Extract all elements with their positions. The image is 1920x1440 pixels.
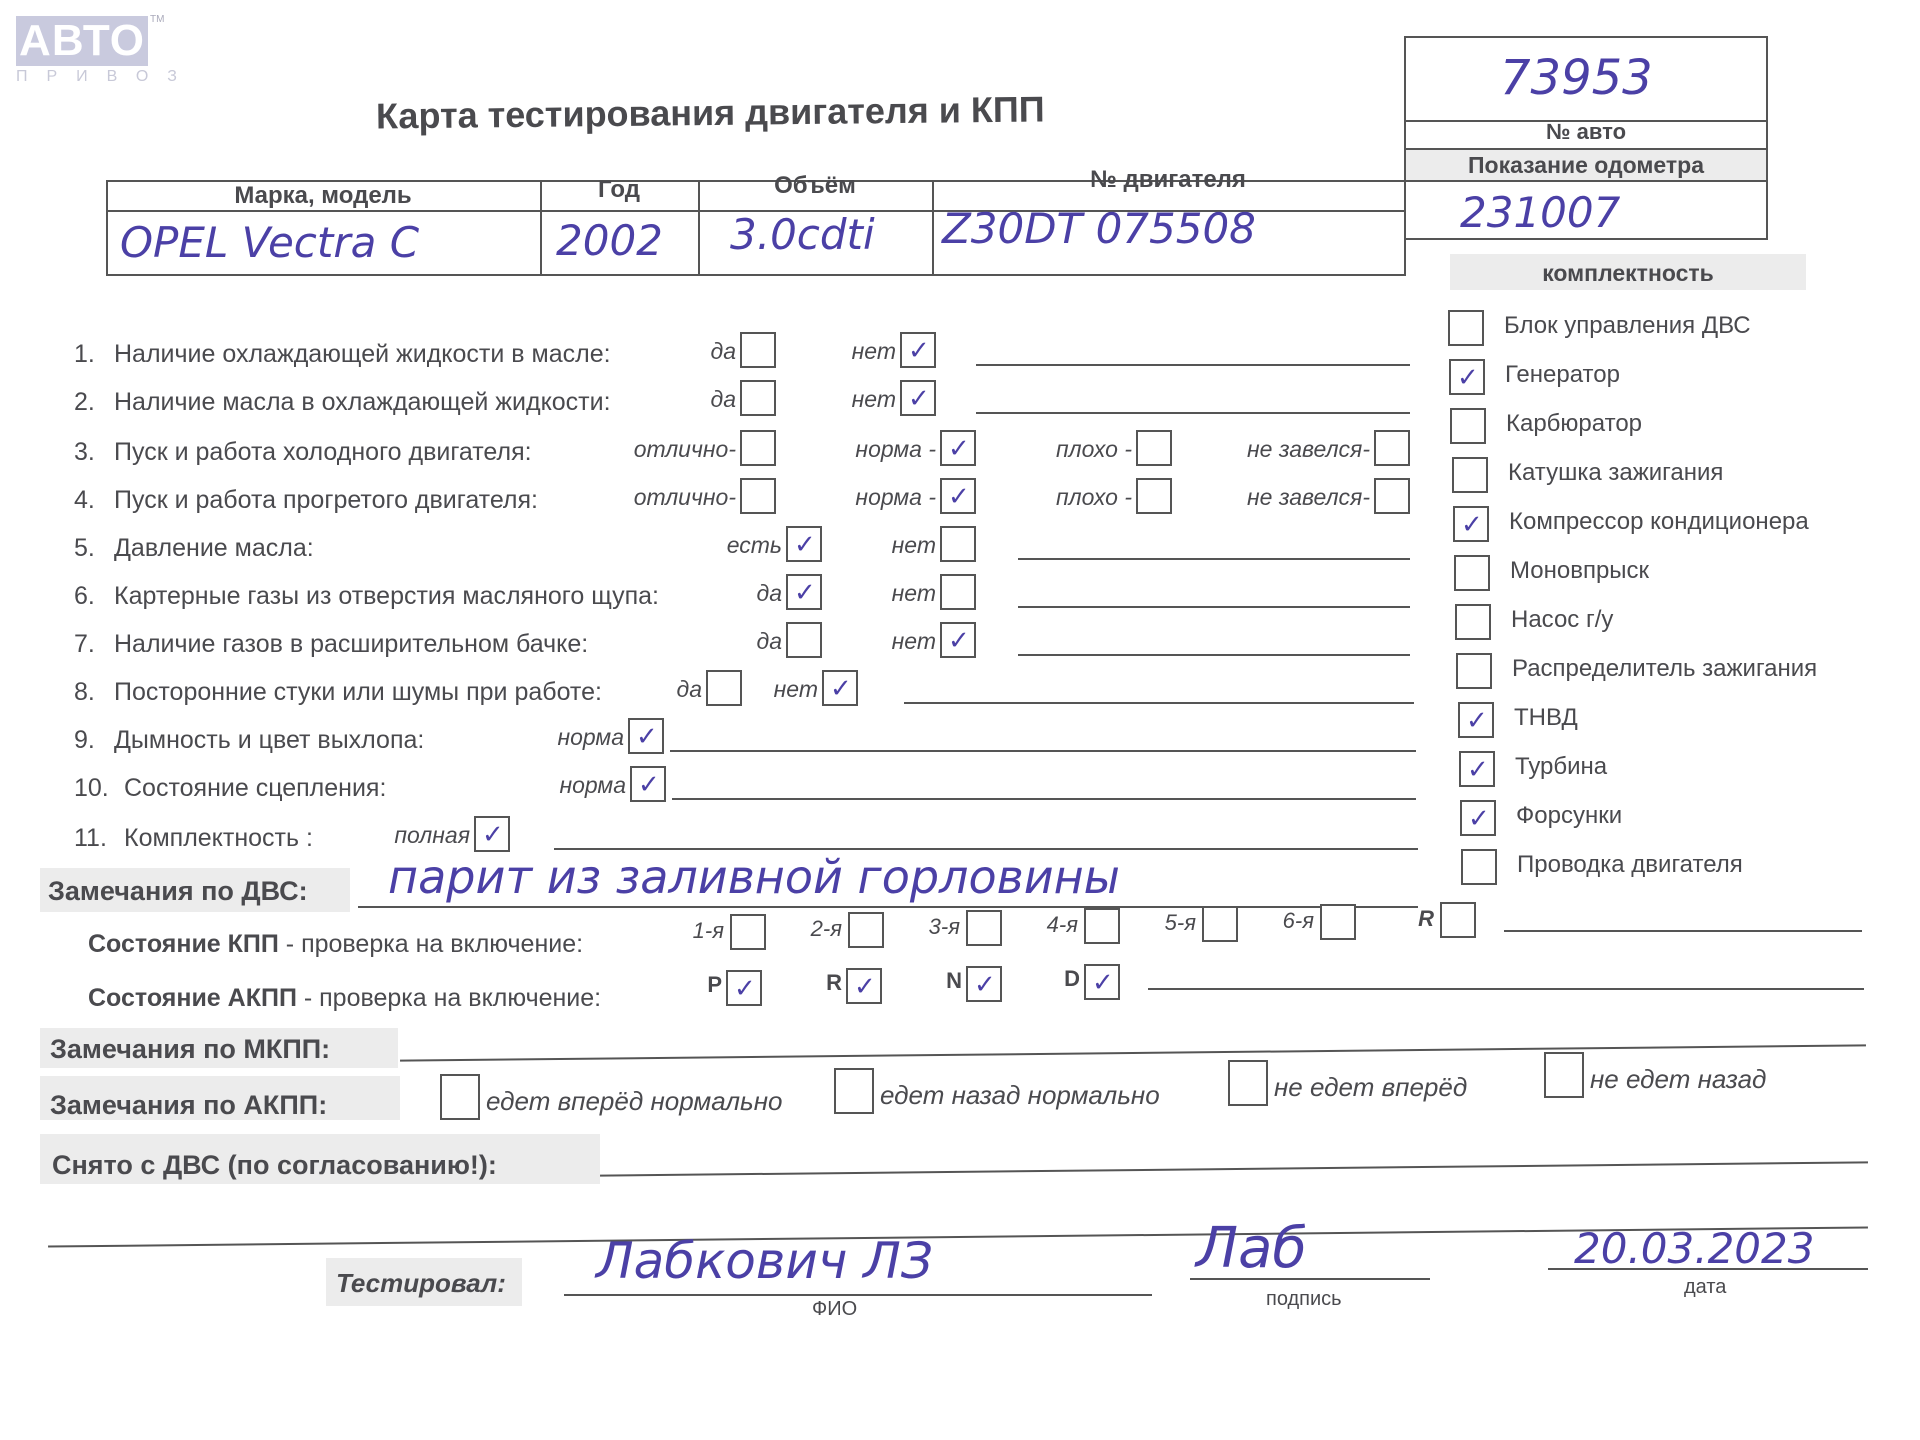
header-engine-number: № двигателя <box>932 166 1404 194</box>
auto-remarks-label: Замечания по АКПП: <box>50 1090 327 1121</box>
completeness-checkbox[interactable] <box>1456 653 1492 689</box>
make-model-value: OPEL Vectra C <box>120 218 419 267</box>
test-date: 20.03.2023 <box>1574 1224 1814 1273</box>
option-label: отлично- <box>634 436 736 463</box>
tester-signature: Лаб <box>1196 1216 1307 1281</box>
completeness-title: комплектность <box>1450 260 1806 287</box>
manual-gearbox-line <box>1504 930 1862 932</box>
check-2-option-1-checkbox[interactable] <box>740 380 776 416</box>
check-7-option-1-checkbox[interactable] <box>786 622 822 658</box>
check-notes-line[interactable] <box>670 750 1416 752</box>
option-label: отлично- <box>634 484 736 511</box>
check-number: 8. <box>74 678 95 707</box>
check-label: Пуск и работа прогретого двигателя: <box>114 486 538 515</box>
check-6-option-2-checkbox[interactable] <box>940 574 976 610</box>
option-label: плохо - <box>1056 436 1132 463</box>
completeness-item-label: Катушка зажигания <box>1508 459 1723 487</box>
check-notes-line[interactable] <box>672 798 1416 800</box>
check-number: 4. <box>74 486 95 515</box>
option-label: да <box>756 580 782 607</box>
gear-label: 4-я <box>1047 912 1078 938</box>
year-value: 2002 <box>556 216 663 265</box>
auto-remark-checkbox[interactable] <box>1228 1060 1268 1106</box>
check-notes-line[interactable] <box>904 702 1414 704</box>
check-6-option-1-checkbox[interactable]: ✓ <box>786 574 822 610</box>
auto-gearbox-label-bold: Состояние АКПП <box>88 984 297 1012</box>
check-mark-icon: ✓ <box>1466 706 1488 736</box>
tester-name-line <box>564 1294 1152 1296</box>
auto-gear-checkbox[interactable]: ✓ <box>846 968 882 1004</box>
check-3-option-1-checkbox[interactable] <box>740 430 776 466</box>
check-4-option-4-checkbox[interactable] <box>1374 478 1410 514</box>
check-number: 9. <box>74 726 95 755</box>
check-mark-icon: ✓ <box>1468 804 1490 834</box>
check-mark-icon: ✓ <box>974 970 996 1000</box>
check-label: Давление масла: <box>114 534 314 563</box>
check-mark-icon: ✓ <box>830 674 852 704</box>
page-title: Карта тестирования двигателя и КПП <box>376 89 1045 138</box>
engine-remarks-value[interactable]: парит из заливной горловины <box>388 850 1120 904</box>
check-1-option-2-checkbox[interactable]: ✓ <box>900 332 936 368</box>
check-label: Состояние сцепления: <box>124 774 386 803</box>
check-mark-icon: ✓ <box>794 578 816 608</box>
option-label: норма <box>557 724 624 751</box>
auto-number-value: 73953 <box>1500 50 1653 106</box>
check-label: Дымность и цвет выхлопа: <box>114 726 424 755</box>
header-year: Год <box>540 176 698 204</box>
completeness-item-label: ТНВД <box>1514 704 1578 732</box>
engine-remarks-line <box>358 906 1418 908</box>
check-5-option-1-checkbox[interactable]: ✓ <box>786 526 822 562</box>
check-5-option-2-checkbox[interactable] <box>940 526 976 562</box>
check-mark-icon: ✓ <box>1457 363 1479 393</box>
check-notes-line[interactable] <box>976 412 1410 414</box>
header-volume: Объём <box>698 172 932 200</box>
completeness-item-label: Проводка двигателя <box>1517 851 1743 879</box>
completeness-item-label: Блок управления ДВС <box>1504 312 1751 340</box>
trademark-mark: TM <box>150 14 164 25</box>
option-label: есть <box>727 532 782 559</box>
gear-label: 1-я <box>693 918 724 944</box>
completeness-item-label: Форсунки <box>1516 802 1622 830</box>
check-mark-icon: ✓ <box>854 972 876 1002</box>
removed-label: Снято с ДВС (по согласованию!): <box>52 1150 497 1181</box>
auto-gear-checkbox[interactable]: ✓ <box>1084 964 1120 1000</box>
completeness-item-label: Насос г/у <box>1511 606 1613 634</box>
completeness-checkbox[interactable]: ✓ <box>1460 800 1496 836</box>
option-label: нет <box>852 338 896 365</box>
completeness-checkbox[interactable]: ✓ <box>1459 751 1495 787</box>
option-label: норма - <box>855 436 936 463</box>
manual-gear-checkbox[interactable] <box>1202 906 1238 942</box>
check-number: 7. <box>74 630 95 659</box>
auto-remark-label: не едет назад <box>1590 1064 1766 1095</box>
manual-gear-checkbox[interactable] <box>1440 902 1476 938</box>
check-notes-line[interactable] <box>976 364 1410 366</box>
gear-label: R <box>1418 906 1434 932</box>
check-mark-icon: ✓ <box>638 770 660 800</box>
gear-label: P <box>707 972 722 998</box>
completeness-item-label: Компрессор кондиционера <box>1509 508 1809 536</box>
completeness-item-label: Турбина <box>1515 753 1607 781</box>
check-11-option-1-checkbox[interactable]: ✓ <box>474 816 510 852</box>
check-4-option-2-checkbox[interactable]: ✓ <box>940 478 976 514</box>
option-label: нет <box>852 386 896 413</box>
check-number: 11. <box>74 824 107 853</box>
option-label: да <box>710 338 736 365</box>
check-number: 6. <box>74 582 95 611</box>
brand-logo: АВТО <box>16 16 148 66</box>
gear-label: 2-я <box>811 916 842 942</box>
gear-label: D <box>1064 966 1080 992</box>
check-3-option-3-checkbox[interactable] <box>1136 430 1172 466</box>
check-2-option-2-checkbox[interactable]: ✓ <box>900 380 936 416</box>
check-mark-icon: ✓ <box>948 482 970 512</box>
manual-remarks-line[interactable] <box>400 1044 1866 1061</box>
auto-remark-label: едет вперёд нормально <box>486 1086 782 1117</box>
check-mark-icon: ✓ <box>908 336 930 366</box>
check-mark-icon: ✓ <box>734 974 756 1004</box>
check-label: Комплектность : <box>124 824 313 853</box>
option-label: полная <box>394 822 470 849</box>
manual-gearbox-label-rest: - проверка на включение: <box>279 930 583 958</box>
removed-line[interactable] <box>600 1161 1868 1176</box>
option-label: да <box>710 386 736 413</box>
manual-gearbox-label: Состояние КПП - проверка на включение: <box>88 930 583 959</box>
check-10-option-1-checkbox[interactable]: ✓ <box>630 766 666 802</box>
manual-gear-checkbox[interactable] <box>1084 908 1120 944</box>
check-8-option-2-checkbox[interactable]: ✓ <box>822 670 858 706</box>
check-number: 1. <box>74 340 95 369</box>
tester-name-caption: ФИО <box>812 1298 857 1321</box>
tester-name: Лабкович ЛЗ <box>596 1232 933 1290</box>
check-label: Посторонние стуки или шумы при работе: <box>114 678 602 707</box>
check-mark-icon: ✓ <box>948 434 970 464</box>
auto-remark-checkbox[interactable] <box>1544 1052 1584 1098</box>
col-divider <box>932 180 934 276</box>
tester-label: Тестировал: <box>336 1268 506 1299</box>
option-label: нет <box>892 532 936 559</box>
completeness-item-label: Карбюратор <box>1506 410 1642 438</box>
completeness-item-label: Генератор <box>1505 361 1620 389</box>
manual-gear-checkbox[interactable] <box>966 910 1002 946</box>
option-label: да <box>756 628 782 655</box>
engine-number-value: Z30DT 075508 <box>942 204 1256 253</box>
volume-value: 3.0cdti <box>730 210 875 259</box>
completeness-checkbox[interactable] <box>1448 310 1484 346</box>
option-label: не завелся- <box>1247 436 1370 463</box>
check-label: Наличие газов в расширительном бачке: <box>114 630 588 659</box>
check-label: Картерные газы из отверстия масляного щу… <box>114 582 659 611</box>
auto-gearbox-label: Состояние АКПП - проверка на включение: <box>88 984 601 1013</box>
check-mark-icon: ✓ <box>908 384 930 414</box>
completeness-checkbox[interactable] <box>1455 604 1491 640</box>
check-4-option-3-checkbox[interactable] <box>1136 478 1172 514</box>
check-mark-icon: ✓ <box>482 820 504 850</box>
gear-label: 3-я <box>929 914 960 940</box>
gear-label: R <box>826 970 842 996</box>
completeness-checkbox[interactable] <box>1452 457 1488 493</box>
check-number: 3. <box>74 438 95 467</box>
auto-gearbox-line <box>1148 988 1864 990</box>
check-mark-icon: ✓ <box>794 530 816 560</box>
completeness-checkbox[interactable] <box>1461 849 1497 885</box>
manual-gear-checkbox[interactable] <box>730 914 766 950</box>
signature-caption: подпись <box>1266 1288 1342 1311</box>
auto-remark-checkbox[interactable] <box>440 1074 480 1120</box>
manual-remarks-label: Замечания по МКПП: <box>50 1034 330 1065</box>
odometer-label: Показание одометра <box>1404 152 1768 179</box>
auto-number-label: № авто <box>1404 119 1768 145</box>
completeness-checkbox[interactable]: ✓ <box>1453 506 1489 542</box>
check-mark-icon: ✓ <box>1461 510 1483 540</box>
option-label: нет <box>892 628 936 655</box>
check-number: 10. <box>74 774 109 803</box>
check-1-option-1-checkbox[interactable] <box>740 332 776 368</box>
auto-remark-checkbox[interactable] <box>834 1068 874 1114</box>
auto-gearbox-label-rest: - проверка на включение: <box>297 984 601 1012</box>
check-7-option-2-checkbox[interactable]: ✓ <box>940 622 976 658</box>
check-number: 5. <box>74 534 95 563</box>
brand-subtitle: ПРИВОЗ <box>16 68 196 86</box>
option-label: да <box>676 676 702 703</box>
auto-gear-checkbox[interactable]: ✓ <box>966 966 1002 1002</box>
auto-remark-label: едет назад нормально <box>880 1080 1160 1111</box>
option-label: плохо - <box>1056 484 1132 511</box>
completeness-item-label: Распределитель зажигания <box>1512 655 1817 683</box>
gear-label: 6-я <box>1283 908 1314 934</box>
check-notes-line[interactable] <box>1018 558 1410 560</box>
check-label: Пуск и работа холодного двигателя: <box>114 438 532 467</box>
check-mark-icon: ✓ <box>948 626 970 656</box>
completeness-checkbox[interactable]: ✓ <box>1449 359 1485 395</box>
option-label: нет <box>892 580 936 607</box>
manual-gearbox-label-bold: Состояние КПП <box>88 930 279 958</box>
check-notes-line[interactable] <box>1018 654 1410 656</box>
engine-remarks-label: Замечания по ДВС: <box>48 876 308 907</box>
option-label: норма <box>559 772 626 799</box>
option-label: норма - <box>855 484 936 511</box>
auto-gear-checkbox[interactable]: ✓ <box>726 970 762 1006</box>
completeness-checkbox[interactable]: ✓ <box>1458 702 1494 738</box>
check-label: Наличие охлаждающей жидкости в масле: <box>114 340 611 369</box>
auto-remark-label: не едет вперёд <box>1274 1072 1467 1103</box>
gear-label: N <box>946 968 962 994</box>
manual-gear-checkbox[interactable] <box>848 912 884 948</box>
completeness-checkbox[interactable] <box>1450 408 1486 444</box>
check-mark-icon: ✓ <box>636 722 658 752</box>
manual-gear-checkbox[interactable] <box>1320 904 1356 940</box>
header-make-model: Марка, модель <box>106 182 540 210</box>
check-notes-line[interactable] <box>1018 606 1410 608</box>
check-number: 2. <box>74 388 95 417</box>
completeness-item-label: Моновпрыск <box>1510 557 1649 585</box>
completeness-checkbox[interactable] <box>1454 555 1490 591</box>
check-mark-icon: ✓ <box>1467 755 1489 785</box>
check-4-option-1-checkbox[interactable] <box>740 478 776 514</box>
check-9-option-1-checkbox[interactable]: ✓ <box>628 718 664 754</box>
check-3-option-4-checkbox[interactable] <box>1374 430 1410 466</box>
date-caption: дата <box>1684 1276 1726 1299</box>
check-8-option-1-checkbox[interactable] <box>706 670 742 706</box>
check-3-option-2-checkbox[interactable]: ✓ <box>940 430 976 466</box>
option-label: нет <box>774 676 818 703</box>
odometer-value: 231007 <box>1460 188 1620 237</box>
option-label: не завелся- <box>1247 484 1370 511</box>
check-mark-icon: ✓ <box>1092 968 1114 998</box>
gear-label: 5-я <box>1165 910 1196 936</box>
check-label: Наличие масла в охлаждающей жидкости: <box>114 388 611 417</box>
